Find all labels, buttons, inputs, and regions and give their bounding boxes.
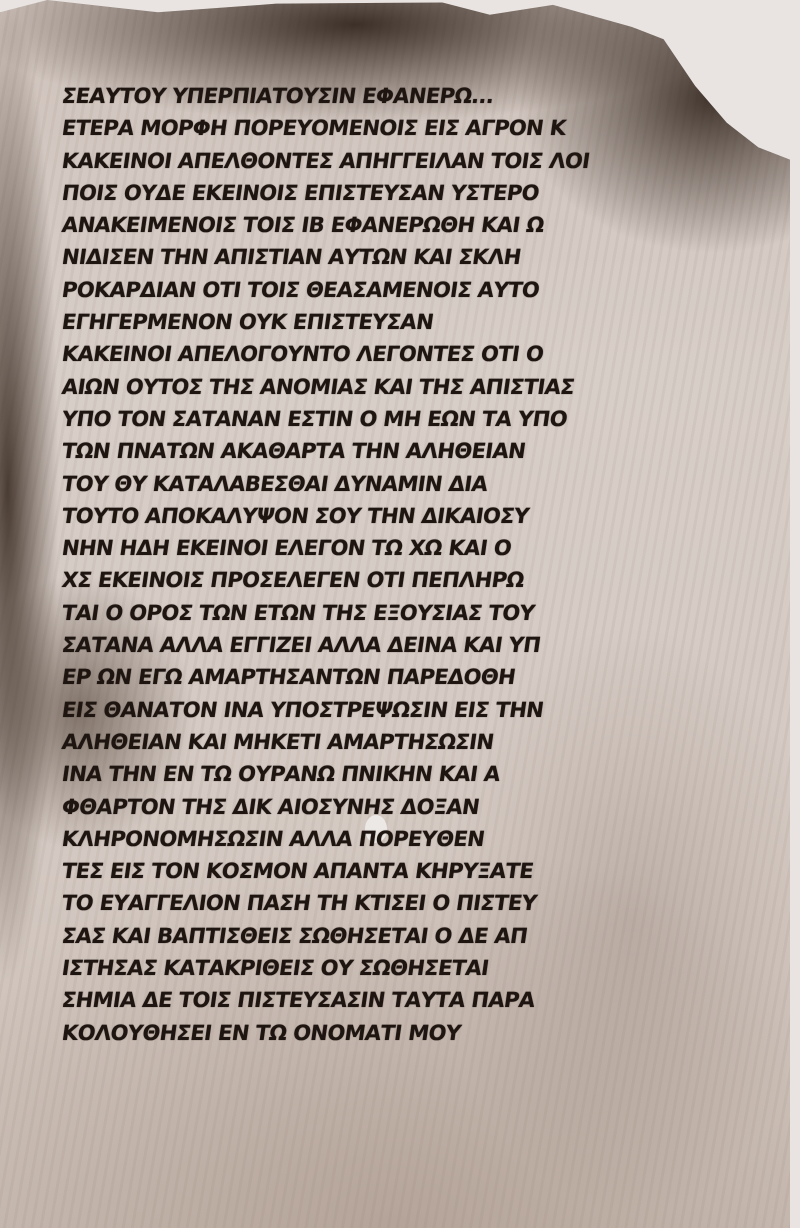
manuscript-line-30: ΚΟΛΟΥΘΗΣΕΙ ΕΝ ΤΩ ΟΝΟΜΑΤΙ ΜΟΥ [60, 1017, 685, 1049]
manuscript-text-block: ΣΕΑΥΤΟΥ ΥΠΕΡΠΙΑΤΟΥΣΙΝ ΕΦΑΝΕΡΩ... ΕΤΕΡΑ Μ… [62, 80, 682, 1049]
manuscript-line-23: ΦΘΑΡΤΟΝ ΤΗΣ ΔΙΚ ΑΙΟΣΥΝΗΣ ΔΟΞΑΝ [60, 791, 685, 823]
manuscript-line-7: ΡΟΚΑΡΔΙΑΝ ΟΤΙ ΤΟΙΣ ΘΕΑΣΑΜΕΝΟΙΣ ΑΥΤΟ [60, 274, 685, 306]
manuscript-line-14: ΤΟΥΤΟ ΑΠΟΚΑΛΥΨΟΝ ΣΟΥ ΤΗΝ ΔΙΚΑΙΟΣΥ [60, 500, 685, 532]
manuscript-line-11: ΥΠΟ ΤΟΝ ΣΑΤΑΝΑΝ ΕΣΤΙΝ Ο ΜΗ ΕΩΝ ΤΑ ΥΠΟ [60, 403, 685, 435]
manuscript-line-6: ΝΙΔΙΣΕΝ ΤΗΝ ΑΠΙΣΤΙΑΝ ΑΥΤΩΝ ΚΑΙ ΣΚΛΗ [60, 241, 685, 273]
manuscript-line-20: ΕΙΣ ΘΑΝΑΤΟΝ ΙΝΑ ΥΠΟΣΤΡΕΨΩΣΙΝ ΕΙΣ ΤΗΝ [60, 694, 685, 726]
manuscript-line-2: ΕΤΕΡΑ ΜΟΡΦΗ ΠΟΡΕΥΟΜΕΝΟΙΣ ΕΙΣ ΑΓΡΟΝ Κ [60, 112, 685, 144]
manuscript-line-29: ΣΗΜΙΑ ΔΕ ΤΟΙΣ ΠΙΣΤΕΥΣΑΣΙΝ ΤΑΥΤΑ ΠΑΡΑ [60, 984, 685, 1016]
manuscript-line-28: ΙΣΤΗΣΑΣ ΚΑΤΑΚΡΙΘΕΙΣ ΟΥ ΣΩΘΗΣΕΤΑΙ [60, 952, 685, 984]
manuscript-line-21: ΑΛΗΘΕΙΑΝ ΚΑΙ ΜΗΚΕΤΙ ΑΜΑΡΤΗΣΩΣΙΝ [60, 726, 685, 758]
manuscript-line-26: ΤΟ ΕΥΑΓΓΕΛΙΟΝ ΠΑΣΗ ΤΗ ΚΤΙΣΕΙ Ο ΠΙΣΤΕΥ [60, 887, 685, 919]
manuscript-line-8: ΕΓΗΓΕΡΜΕΝΟΝ ΟΥΚ ΕΠΙΣΤΕΥΣΑΝ [60, 306, 685, 338]
manuscript-line-25: ΤΕΣ ΕΙΣ ΤΟΝ ΚΟΣΜΟΝ ΑΠΑΝΤΑ ΚΗΡΥΞΑΤΕ [60, 855, 685, 887]
manuscript-line-4: ΠΟΙΣ ΟΥΔΕ ΕΚΕΙΝΟΙΣ ΕΠΙΣΤΕΥΣΑΝ ΥΣΤΕΡΟ [60, 177, 685, 209]
manuscript-line-9: ΚΑΚΕΙΝΟΙ ΑΠΕΛΟΓΟΥΝΤΟ ΛΕΓΟΝΤΕΣ ΟΤΙ Ο [60, 338, 685, 370]
manuscript-line-10: ΑΙΩΝ ΟΥΤΟΣ ΤΗΣ ΑΝΟΜΙΑΣ ΚΑΙ ΤΗΣ ΑΠΙΣΤΙΑΣ [60, 371, 685, 403]
manuscript-line-24: ΚΛΗΡΟΝΟΜΗΣΩΣΙΝ ΑΛΛΑ ΠΟΡΕΥΘΕΝ [60, 823, 685, 855]
manuscript-line-12: ΤΩΝ ΠΝΑΤΩΝ ΑΚΑΘΑΡΤΑ ΤΗΝ ΑΛΗΘΕΙΑΝ [60, 435, 685, 467]
manuscript-line-16: ΧΣ ΕΚΕΙΝΟΙΣ ΠΡΟΣΕΛΕΓΕΝ ΟΤΙ ΠΕΠΛΗΡΩ [60, 564, 685, 596]
manuscript-line-13: ΤΟΥ ΘΥ ΚΑΤΑΛΑΒΕΣΘΑΙ ΔΥΝΑΜΙΝ ΔΙΑ [60, 468, 685, 500]
manuscript-line-5: ΑΝΑΚΕΙΜΕΝΟΙΣ ΤΟΙΣ ΙΒ ΕΦΑΝΕΡΩΘΗ ΚΑΙ Ω [60, 209, 685, 241]
manuscript-line-1: ΣΕΑΥΤΟΥ ΥΠΕΡΠΙΑΤΟΥΣΙΝ ΕΦΑΝΕΡΩ... [60, 80, 685, 112]
manuscript-line-18: ΣΑΤΑΝΑ ΑΛΛΑ ΕΓΓΙΖΕΙ ΑΛΛΑ ΔΕΙΝΑ ΚΑΙ ΥΠ [60, 629, 685, 661]
manuscript-line-27: ΣΑΣ ΚΑΙ ΒΑΠΤΙΣΘΕΙΣ ΣΩΘΗΣΕΤΑΙ Ο ΔΕ ΑΠ [60, 920, 685, 952]
manuscript-line-15: ΝΗΝ ΗΔΗ ΕΚΕΙΝΟΙ ΕΛΕΓΟΝ ΤΩ ΧΩ ΚΑΙ Ο [60, 532, 685, 564]
manuscript-line-22: ΙΝΑ ΤΗΝ ΕΝ ΤΩ ΟΥΡΑΝΩ ΠΝΙΚΗΝ ΚΑΙ Α [60, 758, 685, 790]
manuscript-line-17: ΤΑΙ Ο ΟΡΟΣ ΤΩΝ ΕΤΩΝ ΤΗΣ ΕΞΟΥΣΙΑΣ ΤΟΥ [60, 597, 685, 629]
manuscript-line-19: ΕΡ ΩΝ ΕΓΩ ΑΜΑΡΤΗΣΑΝΤΩΝ ΠΑΡΕΔΟΘΗ [60, 661, 685, 693]
manuscript-line-3: ΚΑΚΕΙΝΟΙ ΑΠΕΛΘΟΝΤΕΣ ΑΠΗΓΓΕΙΛΑΝ ΤΟΙΣ ΛΟΙ [60, 145, 685, 177]
